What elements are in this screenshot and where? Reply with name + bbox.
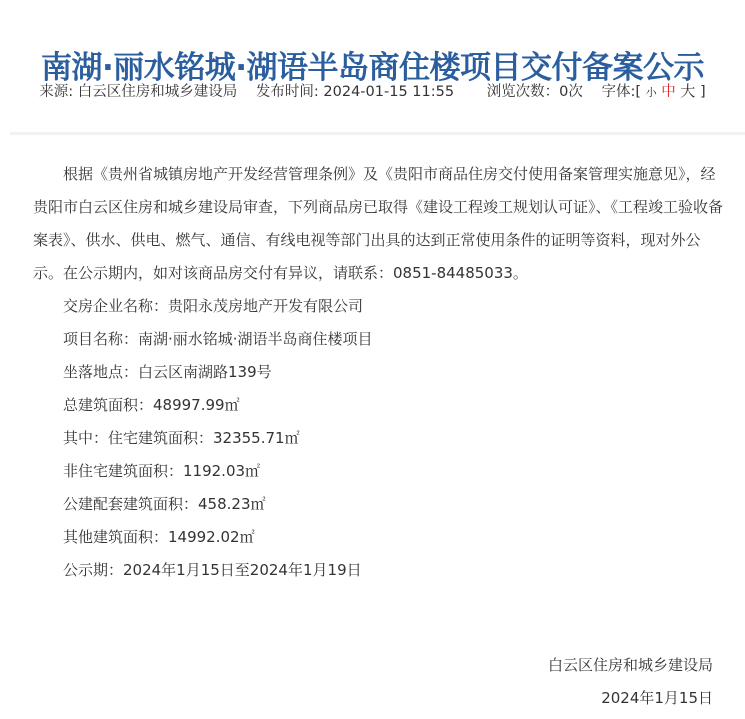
residential-area: 其中：住宅建筑面积：32355.71㎡ — [33, 422, 723, 455]
font-size-large-button[interactable]: 大 — [680, 82, 695, 100]
article-body: 根据《贵州省城镇房地产开发经营管理条例》及《贵阳市商品住房交付使用备案管理实施意… — [33, 158, 723, 587]
article-meta: 来源: 白云区住房和城乡建设局 发布时间: 2024-01-15 11:55 浏… — [0, 80, 745, 104]
intro-paragraph: 根据《贵州省城镇房地产开发经营管理条例》及《贵阳市商品住房交付使用备案管理实施意… — [33, 158, 723, 290]
developer-name: 交房企业名称：贵阳永茂房地产开发有限公司 — [33, 290, 723, 323]
signature-organization: 白云区住房和城乡建设局 — [413, 654, 713, 676]
signature-date: 2024年1月15日 — [413, 687, 713, 709]
location: 坐落地点：白云区南湖路139号 — [33, 356, 723, 389]
view-count: 浏览次数：0次 — [487, 84, 583, 100]
font-size-bracket: ] — [700, 84, 706, 100]
public-facility-area: 公建配套建筑面积：458.23㎡ — [33, 488, 723, 521]
total-area: 总建筑面积：48997.99㎡ — [33, 389, 723, 422]
font-size-label: 字体:[ — [602, 84, 642, 100]
publish-time: 发布时间: 2024-01-15 11:55 — [256, 84, 454, 100]
other-area: 其他建筑面积：14992.02㎡ — [33, 521, 723, 554]
non-residential-area: 非住宅建筑面积：1192.03㎡ — [33, 455, 723, 488]
source: 来源: 白云区住房和城乡建设局 — [39, 84, 237, 100]
publicity-period: 公示期：2024年1月15日至2024年1月19日 — [33, 554, 723, 587]
font-size-medium-button[interactable]: 中 — [661, 84, 676, 100]
project-name: 项目名称：南湖·丽水铭城·湖语半岛商住楼项目 — [33, 323, 723, 356]
divider — [10, 132, 745, 135]
font-size-small-button[interactable]: 小 — [646, 86, 657, 99]
